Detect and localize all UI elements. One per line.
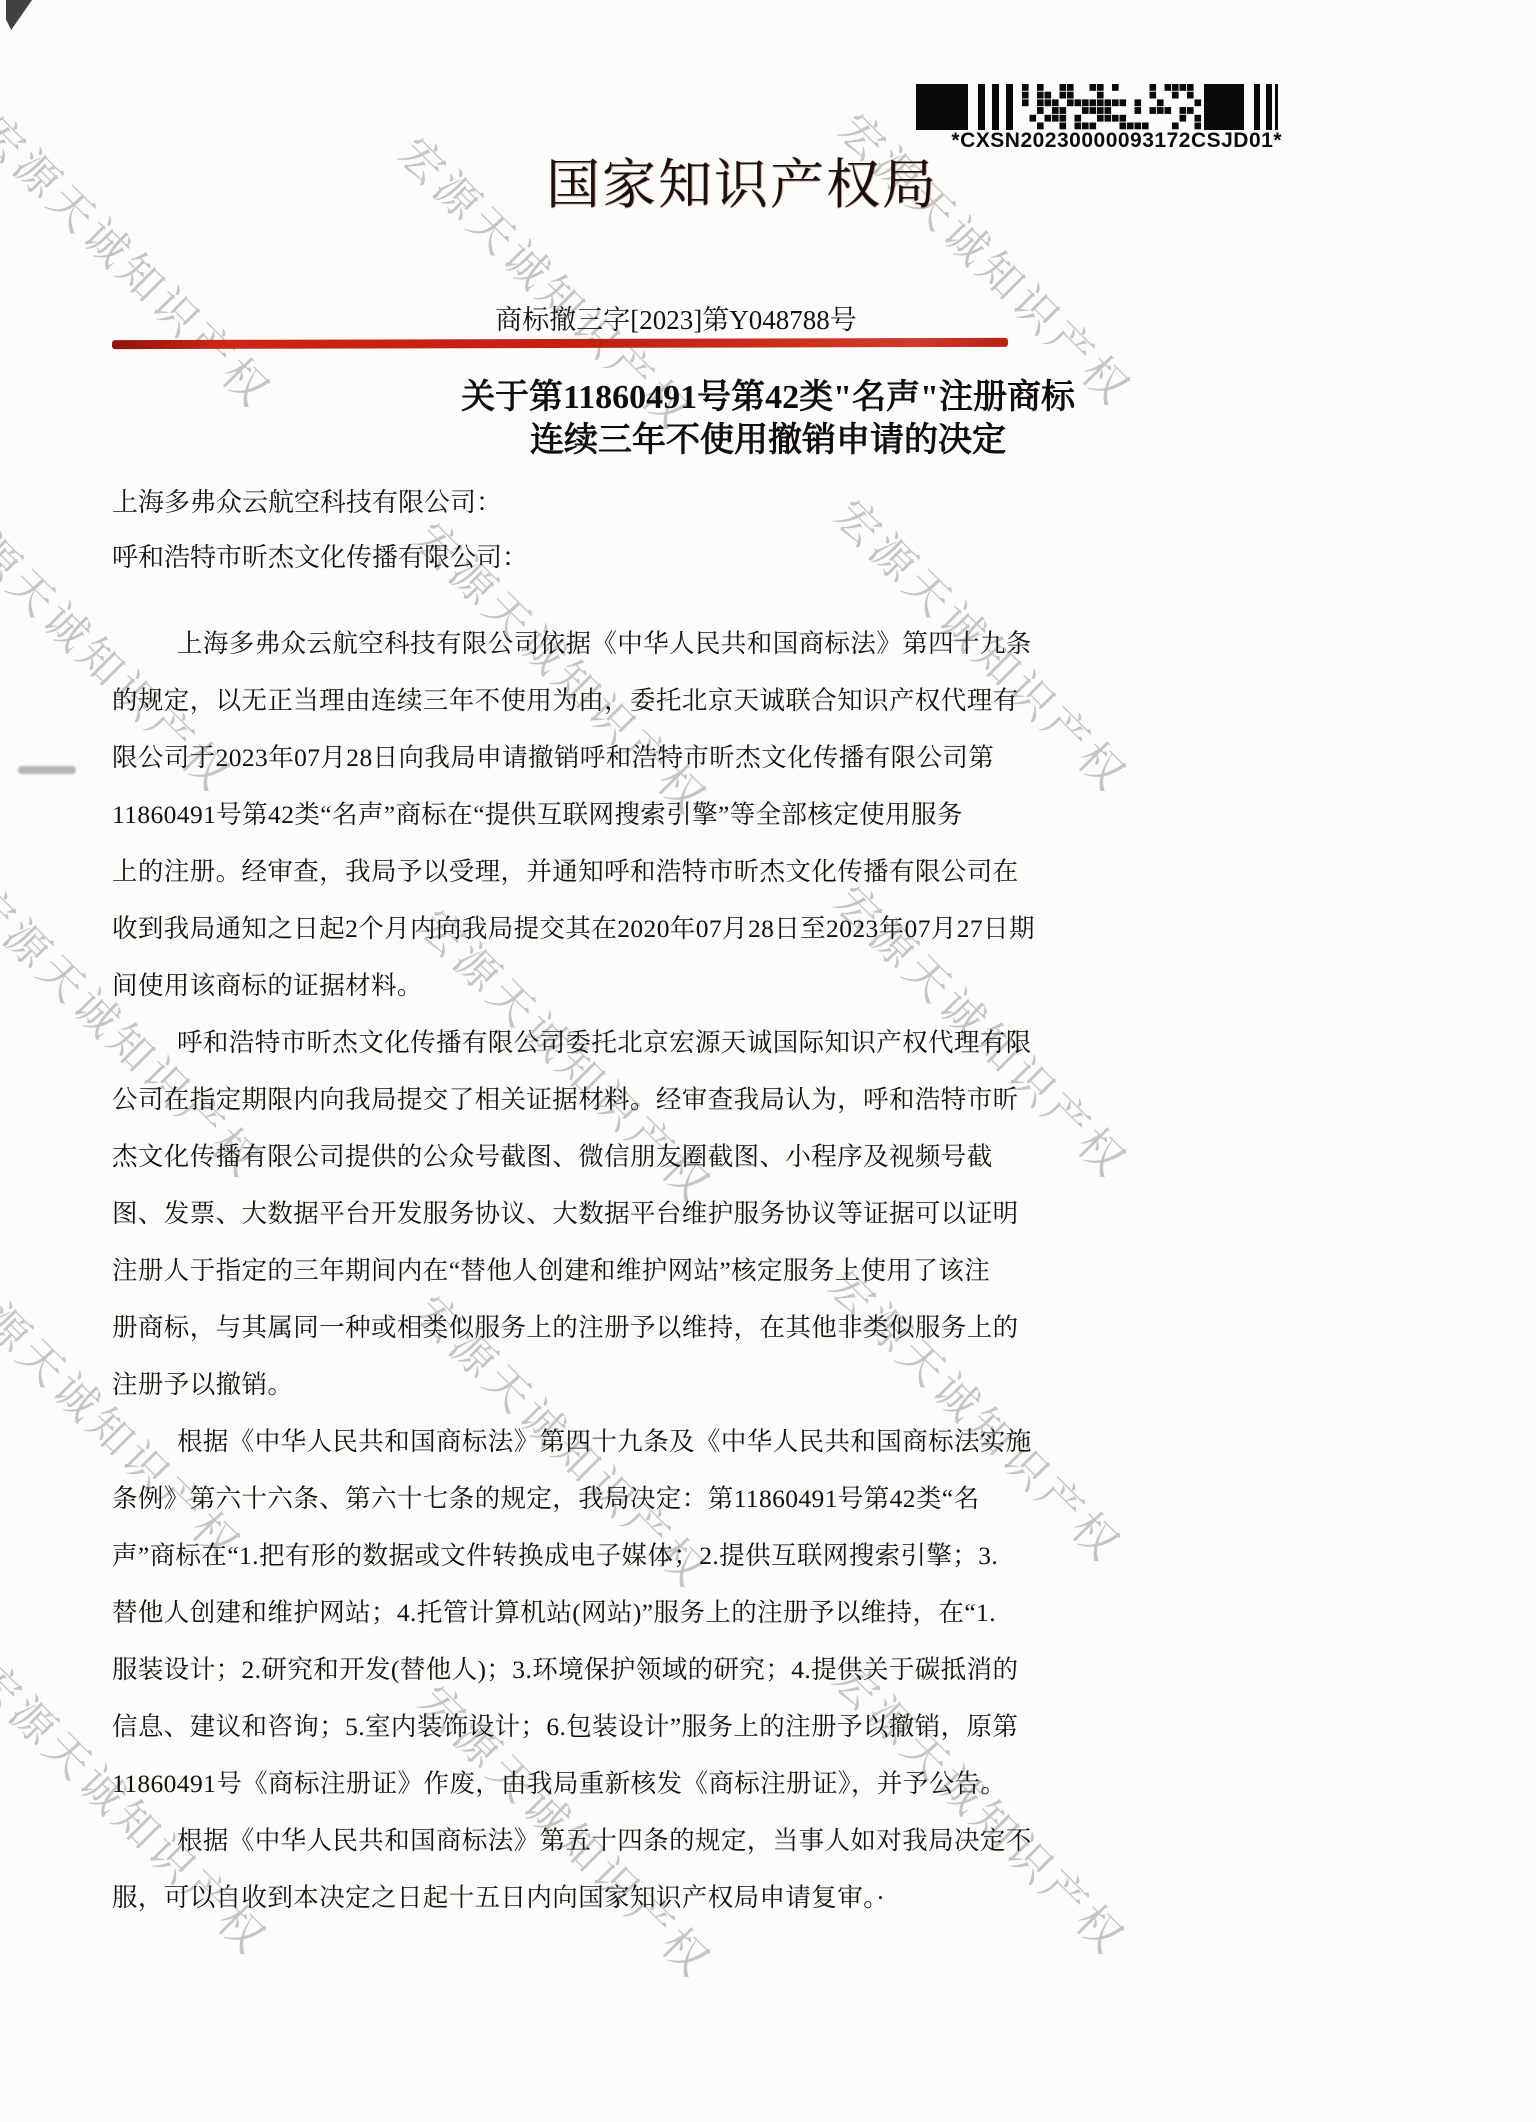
barcode-icon (916, 84, 1278, 130)
body-line: 注册人于指定的三年期间内在“替他人创建和维护网站”核定服务上使用了该注 (112, 1242, 1022, 1299)
decision-body: 上海多弗众云航空科技有限公司依据《中华人民共和国商标法》第四十九条的规定，以无正… (112, 615, 1022, 1926)
body-line: 收到我局通知之日起2个月内向我局提交其在2020年07月28日至2023年07月… (112, 900, 1022, 957)
recipient-line: 呼和浩特市昕杰文化传播有限公司： (112, 538, 528, 593)
body-line: 的规定，以无正当理由连续三年不使用为由，委托北京天诚联合知识产权代理有 (112, 672, 1022, 729)
body-line: 根据《中华人民共和国商标法》第四十九条及《中华人民共和国商标法实施 (112, 1413, 1022, 1470)
recipient-list: 上海多弗众云航空科技有限公司：呼和浩特市昕杰文化传播有限公司： (112, 483, 528, 593)
document-page: 宏源天诚知识产权宏源天诚知识产权宏源天诚知识产权宏源天诚知识产权宏源天诚知识产权… (0, 0, 1536, 2122)
body-line: 上的注册。经审查，我局予以受理，并通知呼和浩特市昕杰文化传播有限公司在 (112, 843, 1022, 900)
scan-dash-artifact (18, 766, 76, 774)
body-line: 限公司于2023年07月28日向我局申请撤销呼和浩特市昕杰文化传播有限公司第 (112, 729, 1022, 786)
body-line: 间使用该商标的证据材料。 (112, 957, 1022, 1014)
body-line: 服，可以自收到本决定之日起十五日内向国家知识产权局申请复审。· (112, 1869, 1022, 1926)
scan-corner-artifact (6, 0, 32, 30)
body-paragraph: 根据《中华人民共和国商标法》第四十九条及《中华人民共和国商标法实施条例》第六十六… (112, 1413, 1022, 1812)
body-line: 上海多弗众云航空科技有限公司依据《中华人民共和国商标法》第四十九条 (112, 615, 1022, 672)
body-paragraph: 呼和浩特市昕杰文化传播有限公司委托北京宏源天诚国际知识产权代理有限公司在指定期限… (112, 1014, 1022, 1413)
body-line: 条例》第六十六条、第六十七条的规定，我局决定：第11860491号第42类“名 (112, 1470, 1022, 1527)
body-line: 公司在指定期限内向我局提交了相关证据材料。经审查我局认为，呼和浩特市昕 (112, 1071, 1022, 1128)
body-line: 替他人创建和维护网站；4.托管计算机站(网站)”服务上的注册予以维持，在“1. (112, 1584, 1022, 1641)
body-line: 图、发票、大数据平台开发服务协议、大数据平台维护服务协议等证据可以证明 (112, 1185, 1022, 1242)
authority-title: 国家知识产权局 (0, 142, 1510, 219)
doc-number: 商标撤三字[2023]第Y048788号 (0, 298, 1444, 337)
body-line: 册商标，与其属同一种或相类似服务上的注册予以维持，在其他非类似服务上的 (112, 1299, 1022, 1356)
document-content: *CXSN20230000093172CSJD01* 国家知识产权局 商标撤三字… (0, 0, 1536, 2122)
body-line: 呼和浩特市昕杰文化传播有限公司委托北京宏源天诚国际知识产权代理有限 (112, 1014, 1022, 1071)
body-line: 11860491号第42类“名声”商标在“提供互联网搜索引擎”等全部核定使用服务 (112, 786, 1022, 843)
body-line: 注册予以撤销。 (112, 1356, 1022, 1413)
body-line: 服装设计；2.研究和开发(替他人)；3.环境保护领域的研究；4.提供关于碳抵消的 (112, 1641, 1022, 1698)
body-line: 根据《中华人民共和国商标法》第五十四条的规定，当事人如对我局决定不 (112, 1812, 1022, 1869)
body-line: 信息、建议和咨询；5.室内装饰设计；6.包装设计”服务上的注册予以撤销，原第 (112, 1698, 1022, 1755)
recipient-line: 上海多弗众云航空科技有限公司： (112, 483, 528, 538)
decision-title-line1: 关于第11860491号第42类"名声"注册商标 (0, 369, 1536, 418)
red-divider-line (112, 338, 1008, 349)
body-line: 杰文化传播有限公司提供的公众号截图、微信朋友圈截图、小程序及视频号截 (112, 1128, 1022, 1185)
body-paragraph: 根据《中华人民共和国商标法》第五十四条的规定，当事人如对我局决定不服，可以自收到… (112, 1812, 1022, 1926)
body-line: 11860491号《商标注册证》作废，由我局重新核发《商标注册证》，并予公告。 (112, 1755, 1022, 1812)
body-paragraph: 上海多弗众云航空科技有限公司依据《中华人民共和国商标法》第四十九条的规定，以无正… (112, 615, 1022, 1014)
body-line: 声”商标在“1.把有形的数据或文件转换成电子媒体；2.提供互联网搜索引擎；3. (112, 1527, 1022, 1584)
decision-title-line2: 连续三年不使用撤销申请的决定 (0, 412, 1536, 461)
